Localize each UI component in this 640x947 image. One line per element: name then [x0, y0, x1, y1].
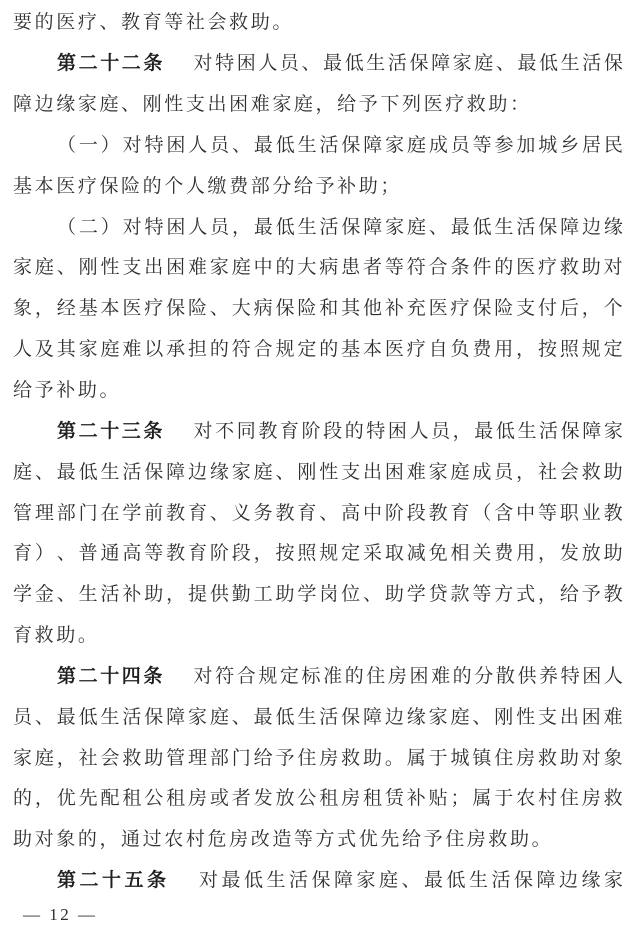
text-line: 象，经基本医疗保险、大病保险和其他补充医疗保险支付后，个 [13, 288, 623, 329]
paragraph-article-23: 第二十三条对不同教育阶段的特困人员，最低生活保障家庭、最低生活保障边缘家庭、刚性… [13, 411, 623, 656]
text-line: 第二十三条对不同教育阶段的特困人员，最低生活保障家 [13, 411, 623, 452]
text-line: 员、最低生活保障家庭、最低生活保障边缘家庭、刚性支出困难 [13, 697, 623, 738]
paragraph-article-24: 第二十四条对符合规定标准的住房困难的分散供养特困人员、最低生活保障家庭、最低生活… [13, 656, 623, 860]
page-number: — 12 — [23, 905, 98, 925]
text-line: 助对象的，通过农村危房改造等方式优先给予住房救助。 [13, 819, 623, 860]
text-line: 第二十五条对最低生活保障家庭、最低生活保障边缘家 [13, 860, 623, 901]
text-line: （一）对特困人员、最低生活保障家庭成员等参加城乡居民 [13, 125, 623, 166]
text-line: 要的医疗、教育等社会救助。 [13, 3, 623, 44]
paragraph-continuation: 要的医疗、教育等社会救助。 [13, 3, 623, 44]
text-line: 家庭，社会救助管理部门给予住房救助。属于城镇住房救助对象 [13, 738, 623, 779]
text-line: 管理部门在学前教育、义务教育、高中阶段教育（含中等职业教 [13, 493, 623, 534]
text-line: 的，优先配租公租房或者发放公租房租赁补贴；属于农村住房救 [13, 779, 623, 820]
text-line: 育）、普通高等教育阶段，按照规定采取减免相关费用，发放助 [13, 533, 623, 574]
text-line: （二）对特困人员，最低生活保障家庭、最低生活保障边缘 [13, 207, 623, 248]
paragraph-article-22-item-2: （二）对特困人员，最低生活保障家庭、最低生活保障边缘家庭、刚性支出困难家庭中的大… [13, 207, 623, 411]
document-body: 要的医疗、教育等社会救助。第二十二条对特困人员、最低生活保障家庭、最低生活保障边… [13, 3, 623, 902]
text-line: 第二十二条对特困人员、最低生活保障家庭、最低生活保 [13, 43, 623, 84]
text-line: 第二十四条对符合规定标准的住房困难的分散供养特困人 [13, 656, 623, 697]
document-page: 要的医疗、教育等社会救助。第二十二条对特困人员、最低生活保障家庭、最低生活保障边… [0, 0, 640, 947]
text-line: 人及其家庭难以承担的符合规定的基本医疗自负费用，按照规定 [13, 329, 623, 370]
text-line: 给予补助。 [13, 370, 623, 411]
text-line: 基本医疗保险的个人缴费部分给予补助； [13, 166, 623, 207]
text-line: 家庭、刚性支出困难家庭中的大病患者等符合条件的医疗救助对 [13, 248, 623, 289]
paragraph-article-22: 第二十二条对特困人员、最低生活保障家庭、最低生活保障边缘家庭、刚性支出困难家庭，… [13, 43, 623, 125]
text-line: 学金、生活补助，提供勤工助学岗位、助学贷款等方式，给予教 [13, 574, 623, 615]
paragraph-article-22-item-1: （一）对特困人员、最低生活保障家庭成员等参加城乡居民基本医疗保险的个人缴费部分给… [13, 125, 623, 207]
text-line: 庭、最低生活保障边缘家庭、刚性支出困难家庭成员，社会救助 [13, 452, 623, 493]
text-line: 障边缘家庭、刚性支出困难家庭，给予下列医疗救助： [13, 84, 623, 125]
text-line: 育救助。 [13, 615, 623, 656]
paragraph-article-25: 第二十五条对最低生活保障家庭、最低生活保障边缘家 [13, 860, 623, 901]
